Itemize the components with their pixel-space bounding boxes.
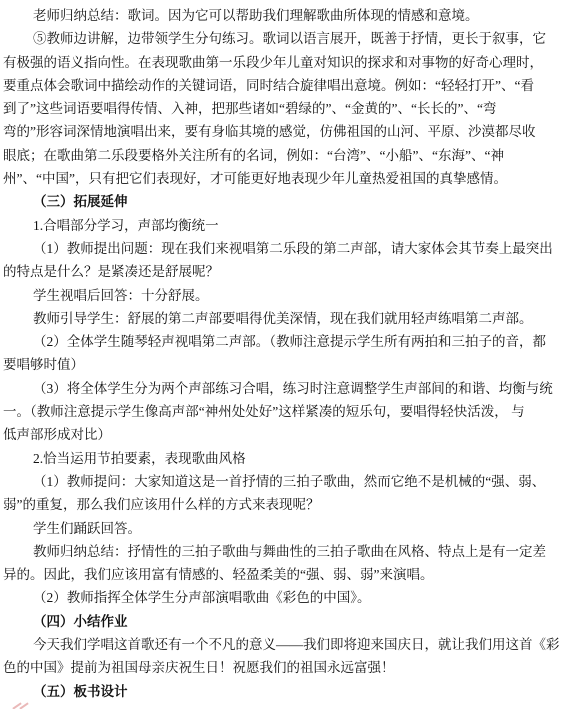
text-line: 弯的”形容词深情地演唱出来，要有身临其境的感觉，仿佛祖国的山河、平原、沙漠都尽收 bbox=[3, 120, 575, 143]
document-page: 老师归纳总结：歌词。因为它可以帮助我们理解歌曲所体现的情感和意境。⑤教师边讲解，… bbox=[0, 0, 580, 703]
text-line: ⑤教师边讲解，边带领学生分句练习。歌词以语言展开，既善于抒情，更长于叙事，它 bbox=[3, 27, 575, 50]
text-line: 教师引导学生：舒展的第二声部要唱得优美深情，现在我们就用轻声练唱第二声部。 bbox=[3, 307, 575, 330]
text-line: 2.恰当运用节拍要素，表现歌曲风格 bbox=[3, 447, 575, 470]
text-line: （1）教师提出问题：现在我们来视唱第二乐段的第二声部，请大家体会其节奏上最突出 bbox=[3, 237, 575, 260]
text-line: 州”、“中国”，只有把它们表现好，才可能更好地表现少年儿童热爱祖国的真挚感情。 bbox=[3, 167, 575, 190]
section-heading: （五）板书设计 bbox=[3, 680, 575, 703]
text-line: 一。（教师注意提示学生像高声部“神州处处好”这样紧凑的短乐句，要唱得轻快活泼， … bbox=[3, 400, 575, 423]
text-line: 到了”这些词语要唱得传情、入神，把那些诸如“碧绿的”、“金黄的”、“长长的”、“… bbox=[3, 97, 575, 120]
text-line: 要重点体会歌词中描绘动作的关键词语，同时结合旋律唱出意境。例如：“轻轻打开”、“… bbox=[3, 74, 575, 97]
text-line: 低声部形成对比） bbox=[3, 423, 575, 446]
text-line: 眼底；在歌曲第二乐段要格外关注所有的名词，例如：“台湾”、“小船”、“东海”、“… bbox=[3, 144, 575, 167]
text-line: 色的中国》提前为祖国母亲庆祝生日！祝愿我们的祖国永远富强！ bbox=[3, 656, 575, 679]
text-line: 有极强的语义指向性。在表现歌曲第一乐段少年儿童对知识的探求和对事物的好奇心理时， bbox=[3, 51, 575, 74]
text-line: 要唱够时值） bbox=[3, 353, 575, 376]
watermark-stroke bbox=[12, 702, 21, 709]
text-line: 1.合唱部分学习，声部均衡统一 bbox=[3, 214, 575, 237]
text-line: （1）教师提问：大家知道这是一首抒情的三拍子歌曲，然而它绝不是机械的“强、弱、 bbox=[3, 470, 575, 493]
text-line: （2）全体学生随琴轻声视唱第二声部。（教师注意提示学生所有两拍和三拍子的音，都 bbox=[3, 330, 575, 353]
watermark-stroke bbox=[19, 702, 28, 709]
text-line: （2）教师指挥全体学生分声部演唱歌曲《彩色的中国》。 bbox=[3, 586, 575, 609]
text-line: 异的。因此，我们应该用富有情感的、轻盈柔美的“强、弱、弱”来演唱。 bbox=[3, 563, 575, 586]
text-line: 老师归纳总结：歌词。因为它可以帮助我们理解歌曲所体现的情感和意境。 bbox=[3, 4, 575, 27]
section-heading: （三）拓展延伸 bbox=[3, 190, 575, 213]
text-line: （3）将全体学生分为两个声部练习合唱，练习时注意调整学生声部间的和谐、均衡与统 bbox=[3, 377, 575, 400]
text-line: 弱”的重复，那么我们应该用什么样的方式来表现呢？ bbox=[3, 493, 575, 516]
text-line: 教师归纳总结：抒情性的三拍子歌曲与舞曲性的三拍子歌曲在风格、特点上是有一定差 bbox=[3, 540, 575, 563]
section-heading: （四）小结作业 bbox=[3, 610, 575, 633]
text-line: 今天我们学唱这首歌还有一个不凡的意义——我们即将迎来国庆日，就让我们用这首《彩 bbox=[3, 633, 575, 656]
text-line: 学生们踊跃回答。 bbox=[3, 517, 575, 540]
text-line: 的特点是什么？是紧凑还是舒展呢？ bbox=[3, 260, 575, 283]
text-line: 学生视唱后回答：十分舒展。 bbox=[3, 284, 575, 307]
